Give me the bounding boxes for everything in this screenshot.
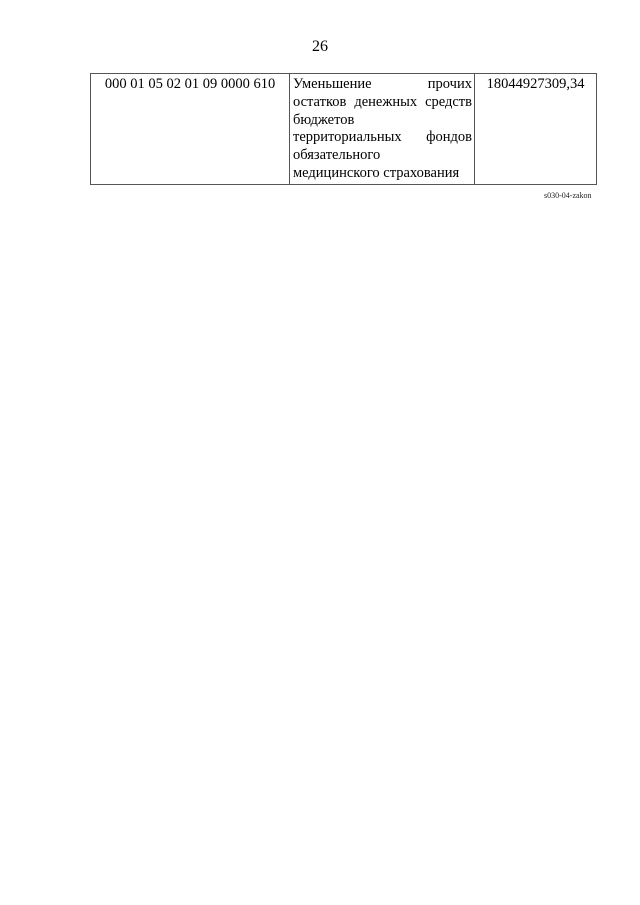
budget-classification-code: 000 01 05 02 01 09 0000 610 xyxy=(91,74,290,185)
document-footer-code: s030-04-zakon xyxy=(544,191,592,201)
description-line: Уменьшение прочих xyxy=(293,76,472,94)
description-line: медицинского страхования xyxy=(293,165,472,183)
page-number: 26 xyxy=(0,38,640,56)
amount-value: 18044927309,34 xyxy=(475,74,597,185)
description-line: бюджетов xyxy=(293,112,472,130)
description-line: обязательного xyxy=(293,147,472,165)
table-row: 000 01 05 02 01 09 0000 610 Уменьшение п… xyxy=(91,74,597,185)
source-description: Уменьшение прочих остатков денежных сред… xyxy=(290,74,475,185)
budget-sources-table: 000 01 05 02 01 09 0000 610 Уменьшение п… xyxy=(90,73,597,185)
description-line: территориальных фондов xyxy=(293,129,472,147)
description-line: остатков денежных средств xyxy=(293,94,472,112)
